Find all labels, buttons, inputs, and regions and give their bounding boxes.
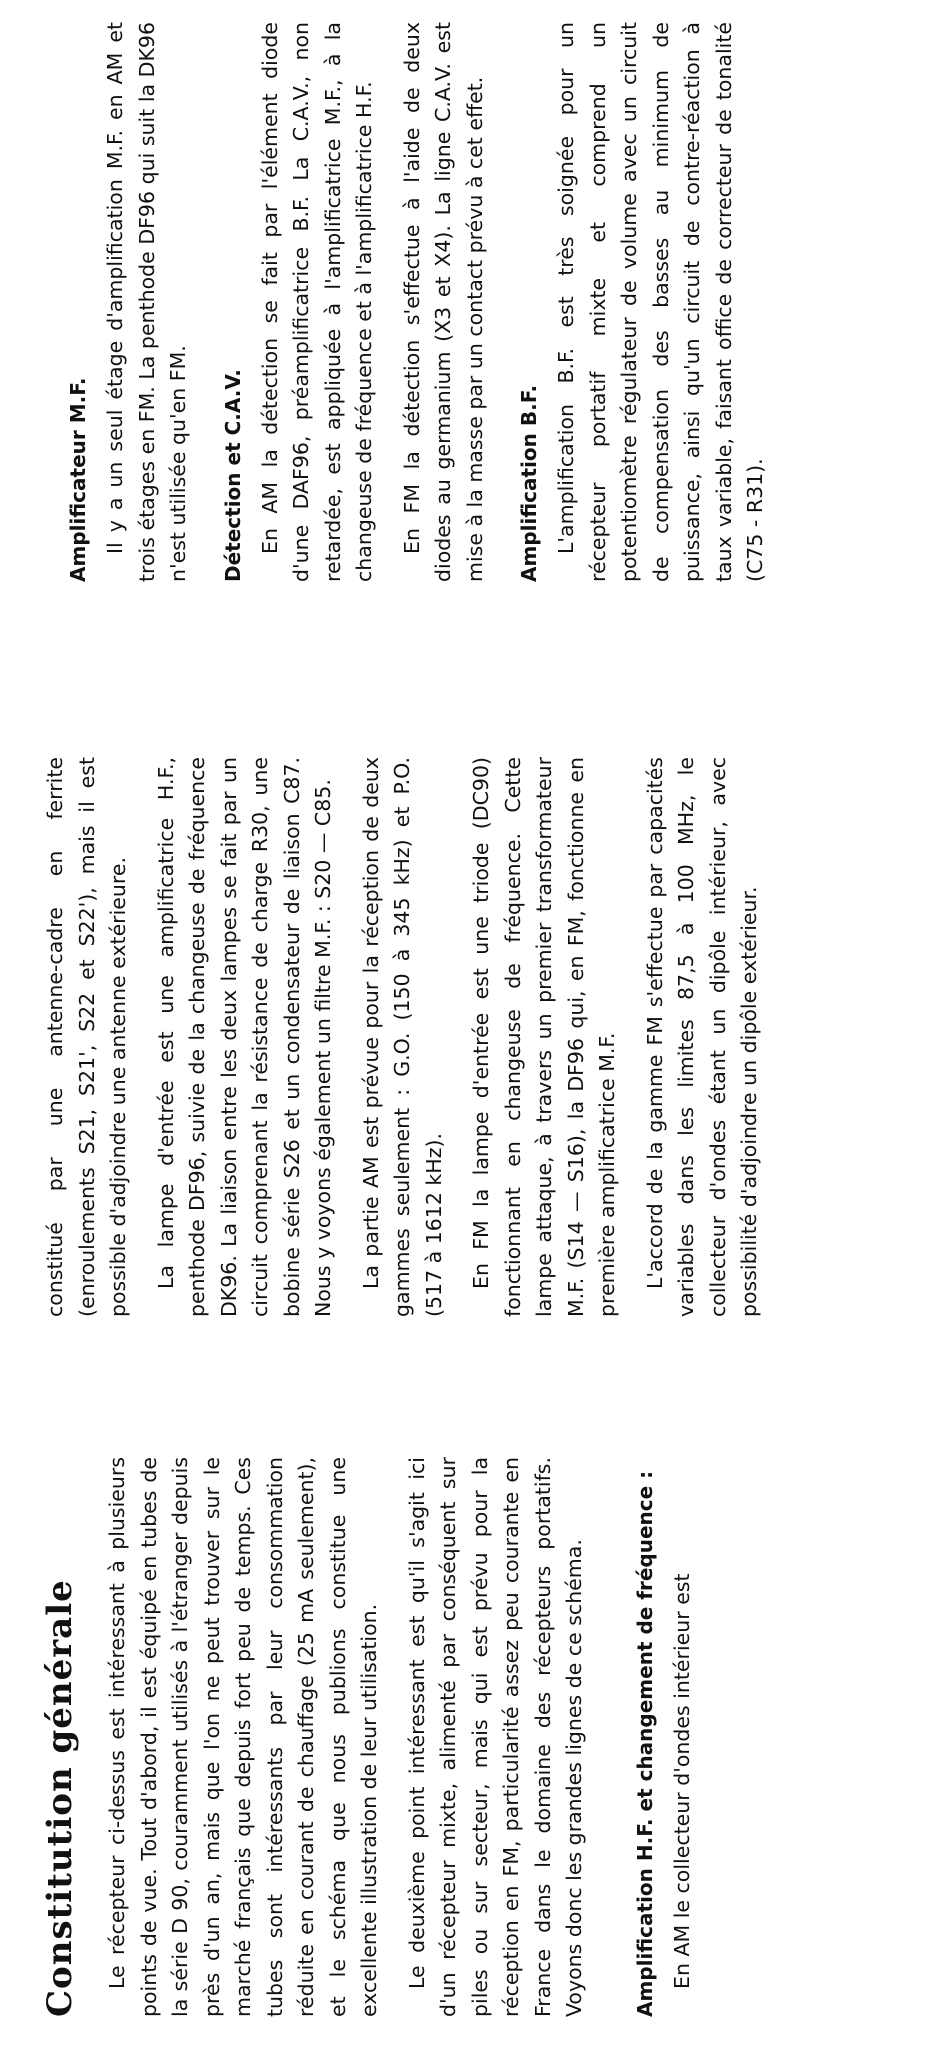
paragraph: En AM la détection se fait par l'élément…	[255, 22, 381, 582]
subheading: Amplification H.F. et changement de fréq…	[633, 1457, 657, 2017]
section-title: Constitution générale	[40, 1457, 80, 2017]
paragraph: En FM la détection s'effectue à l'aide d…	[397, 22, 492, 582]
rotated-document-page: Constitution générale Le récepteur ci-de…	[0, 0, 940, 2052]
column-1: Constitution générale Le récepteur ci-de…	[40, 1457, 698, 2017]
paragraph: La lampe d'entrée est une amplificatrice…	[151, 757, 340, 1317]
column-2: constitué par une antenne-cadre en ferri…	[40, 757, 766, 1317]
paragraph: L'accord de la gamme FM s'effectue par c…	[640, 757, 766, 1317]
paragraph: constitué par une antenne-cadre en ferri…	[40, 757, 135, 1317]
column-3: Amplificateur M.F. Il y a un seul étage …	[40, 22, 772, 582]
paragraph: Il y a un seul étage d'amplification M.F…	[100, 22, 195, 582]
paragraph: En AM le collecteur d'ondes intérieur es…	[667, 1457, 699, 2017]
subheading: Détection et C.A.V.	[221, 22, 245, 582]
subheading: Amplificateur M.F.	[66, 22, 90, 582]
paragraph: Le récepteur ci-dessus est intéressant à…	[102, 1457, 386, 2017]
paragraph: L'amplification B.F. est très soignée po…	[551, 22, 772, 582]
paragraph: En FM la lampe d'entrée est une triode (…	[466, 757, 624, 1317]
subheading: Amplification B.F.	[517, 22, 541, 582]
paragraph: Le deuxième point intéressant est qu'il …	[402, 1457, 591, 2017]
paragraph: La partie AM est prévue pour la réceptio…	[356, 757, 451, 1317]
